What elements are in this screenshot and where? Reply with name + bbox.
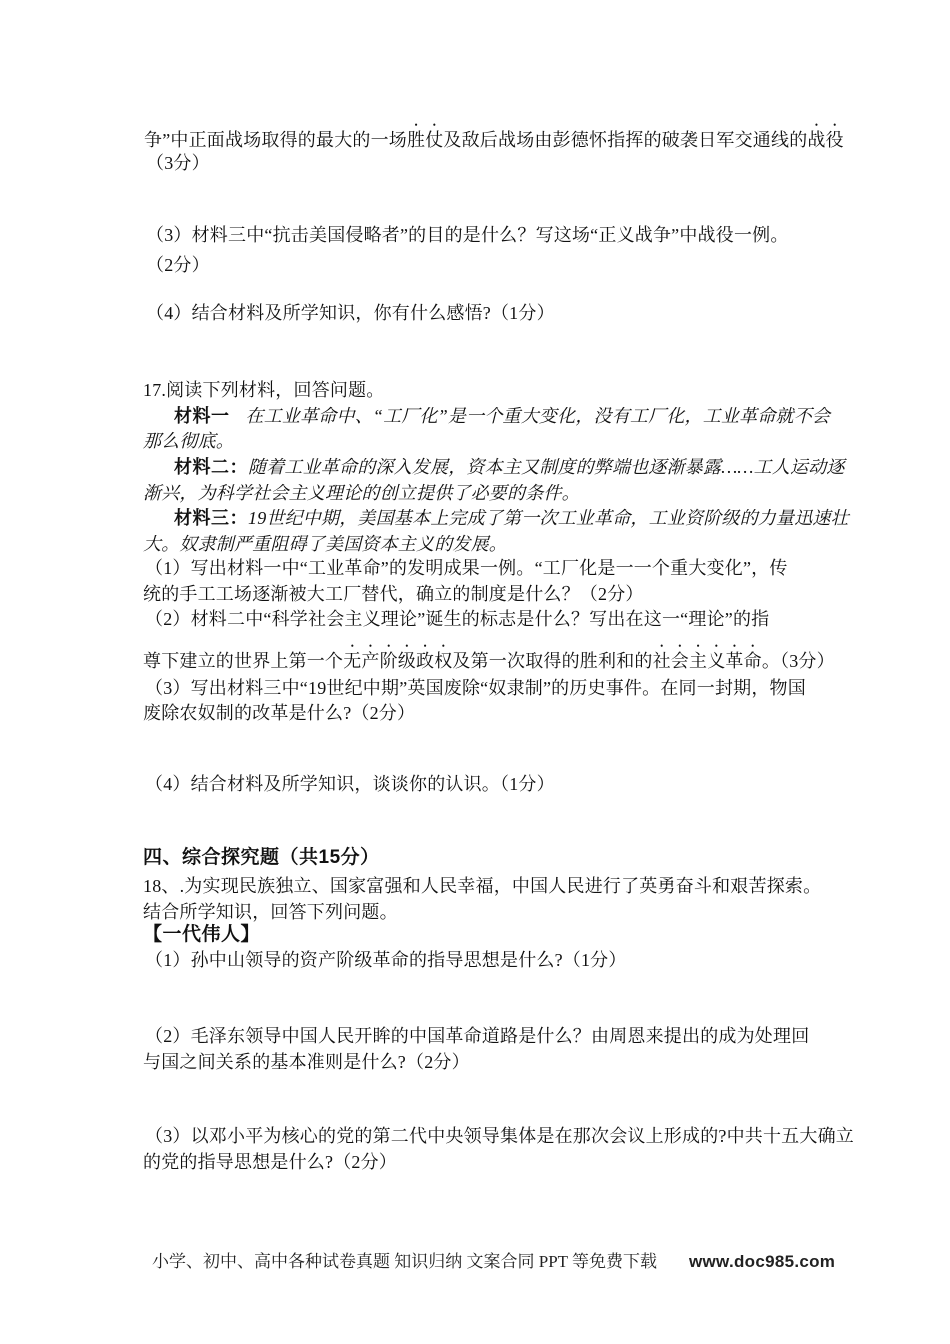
- emphasized-text: 社会主义革命: [653, 651, 762, 671]
- text-segment: 。（3分）: [762, 651, 835, 671]
- material1-text: 在工业革命中、“工厂化”是一个重大变化，没有工厂化，工业革命就不会: [246, 406, 831, 426]
- q17-intro: 17.阅读下列材料，回答问题。: [143, 378, 385, 402]
- q17-part2-line2: 尊下建立的世界上第一个无产阶级政权及第一次取得的胜利和的社会主义革命。（3分）: [143, 641, 835, 673]
- material2-text: 随着工业革命的深入发展，资本主又制度的弊端也逐渐暴露……工人运动逐: [248, 457, 845, 477]
- material1-label: 材料一: [174, 406, 230, 426]
- footer-text: 小学、初中、高中各种试卷真题 知识归纳 文案合同 PPT 等免费下载: [152, 1252, 657, 1271]
- text-segment: 尊下建立的世界上第一个: [143, 651, 343, 671]
- q16-score-3pts: （3分）: [146, 151, 210, 175]
- q18-part2-line1: （2）毛泽东领导中国人民开眸的中国革命道路是什么？由周恩来提出的成为处理回: [145, 1024, 809, 1048]
- section4-heading: 四、综合探究题（共15分）: [143, 846, 380, 870]
- text-segment: 及第一次取得的胜利和的: [452, 651, 652, 671]
- q18-intro-line2: 结合所学知识，回答下列问题。: [143, 900, 398, 924]
- q17-part1-line2: 统的手工工场逐渐被大工厂替代，确立的制度是什么？（2分）: [143, 582, 644, 606]
- q16-continuation-line: 争”中正面战场取得的最大的一场胜仗及敌后战场由彭德怀指挥的破袭日军交通线的战役: [144, 120, 844, 152]
- q18-part1-question: （1）孙中山领导的资产阶级革命的指导思想是什么?（1分）: [145, 948, 627, 972]
- q17-part1-line1: （1）写出材料一中“工业革命”的发明成果一例。“工厂化是一一个重大变化”，传: [145, 556, 788, 580]
- text-segment: 争”中正面战场取得的最大的一场: [144, 130, 407, 150]
- q16-score-2pts: （2分）: [146, 253, 210, 277]
- q17-part3-line2: 废除农奴制的改革是什么?（2分）: [143, 701, 415, 725]
- emphasized-text: 无产阶级政权: [343, 651, 452, 671]
- material3-label: 材料三：: [174, 508, 248, 528]
- emphasized-text: 胜仗: [407, 130, 443, 150]
- q17-part2-line1: （2）材料二中“科学社会主义理论”诞生的标志是什么？写出在这一“理论”的指: [145, 607, 769, 631]
- q17-material1-line2: 那么彻底。: [143, 429, 234, 453]
- footer-website: www.doc985.com: [689, 1252, 835, 1271]
- page-footer: 小学、初中、高中各种试卷真题 知识归纳 文案合同 PPT 等免费下载www.do…: [152, 1247, 835, 1272]
- q17-part3-line1: （3）写出材料三中“19世纪中期”英国废除“奴隶制”的历史事件。在同一封期，物国: [145, 676, 806, 700]
- exam-page: 争”中正面战场取得的最大的一场胜仗及敌后战场由彭德怀指挥的破袭日军交通线的战役 …: [0, 0, 950, 1344]
- q18-part3-line1: （3）以邓小平为核心的党的第二代中央领导集体是在那次会议上形成的?中共十五大确立: [145, 1124, 854, 1148]
- material2-label: 材料二：: [174, 457, 248, 477]
- text-segment: 及敌后战场由彭德怀指挥的破袭日军交通线的: [443, 130, 807, 150]
- q16-part3-question: （3）材料三中“抗击美国侵略者”的目的是什么？写这场“正义战争”中战役一例。: [146, 223, 789, 247]
- q17-material3-line1: 材料三：19世纪中期，美国基本上完成了第一次工业革命，工业资阶级的力量迅速壮: [174, 506, 849, 530]
- q18-part2-line2: 与国之间关系的基本准则是什么?（2分）: [143, 1050, 470, 1074]
- q17-material1-line1: 材料一在工业革命中、“工厂化”是一个重大变化，没有工厂化，工业革命就不会: [174, 404, 830, 428]
- q17-material3-line2: 大。奴隶制严重阻碍了美国资本主义的发展。: [143, 532, 507, 556]
- q17-material2-line1: 材料二：随着工业革命的深入发展，资本主又制度的弊端也逐渐暴露……工人运动逐: [174, 455, 845, 479]
- material3-text: 19世纪中期，美国基本上完成了第一次工业革命，工业资阶级的力量迅速壮: [248, 508, 849, 528]
- q18-intro-line1: 18、.为实现民族独立、国家富强和人民幸福，中国人民进行了英勇奋斗和艰苦探索。: [143, 874, 821, 898]
- q18-part3-line2: 的党的指导思想是什么?（2分）: [143, 1150, 397, 1174]
- emphasized-text: 战役: [807, 130, 843, 150]
- q17-part4-question: （4）结合材料及所学知识，谈谈你的认识。（1分）: [145, 772, 555, 796]
- q18-subheading-great-man: 【一代伟人】: [143, 923, 260, 947]
- q16-part4-question: （4）结合材料及所学知识，你有什么感悟?（1分）: [146, 301, 555, 325]
- q17-material2-line2: 渐兴，为科学社会主义理论的创立提供了必要的条件。: [143, 481, 580, 505]
